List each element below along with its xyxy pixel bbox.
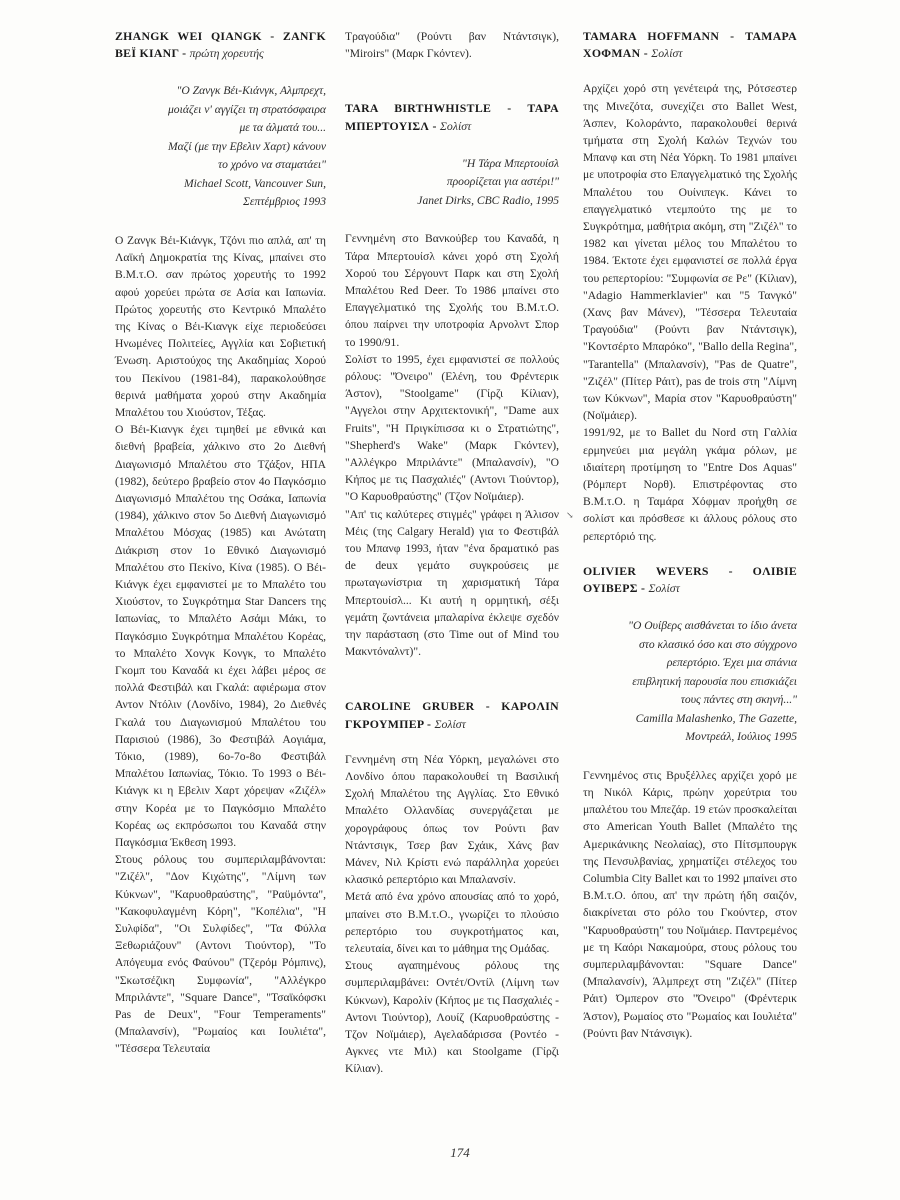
column-2: Τραγούδια" (Ρούντι βαν Ντάντσιγκ), "Miro… (345, 28, 559, 1078)
quote-line: "Η Τάρα Μπερτουίσλ (345, 155, 559, 174)
body-paragraph: Ο Βέι-Κιανγκ έχει τιμηθεί με εθνικά και … (115, 421, 326, 851)
quote-date: Μοντρεάλ, Ιούλιος 1995 (583, 728, 797, 747)
quote-line: το χρόνο να σταματάει" (115, 156, 326, 175)
body-paragraph: Ο Ζανγκ Βέι-Κιάνγκ, Τζόνι πιο απλά, απ' … (115, 232, 326, 421)
heading-name: TAMARA HOFFMANN - TAMAPA ΧΟΦΜΑΝ - (583, 29, 797, 60)
dancer-heading-gruber: CAROLINE GRUBER - KAPOΛIN ΓΚΡΟΥΜΠΕΡ - Σο… (345, 698, 559, 732)
column-1: ZHANGK WEI QIANGK - ZANΓK BEΪ KIANΓ - πρ… (115, 28, 326, 1058)
body-paragraph: Σολίστ το 1995, έχει εμφανιστεί σε πολλο… (345, 351, 559, 506)
continued-text: Τραγούδια" (Ρούντι βαν Ντάντσιγκ), "Miro… (345, 28, 559, 62)
quote-date: Σεπτέμβριος 1993 (115, 193, 326, 212)
body-paragraph: Στους ρόλους του συμπεριλαμβάνονται: "Ζι… (115, 851, 326, 1057)
body-paragraph: Αρχίζει χορό στη γενέτειρά της, Ρότσεστε… (583, 80, 797, 424)
quote-line: με τα άλματά του... (115, 119, 326, 138)
quote-line: "Ο Ουίβερς αισθάνεται το ίδιο άνετα (583, 617, 797, 636)
page-number: 174 (440, 1145, 480, 1161)
quote-line: προορίζεται για αστέρι!" (345, 173, 559, 192)
dancer-heading-wevers: OLIVIER WEVERS - OΛIBIE ΟΥΙΒΕΡΣ - Σολίστ (583, 563, 797, 597)
heading-role: Σολίστ (434, 717, 465, 731)
spacer (345, 733, 559, 751)
quote-line: επιβλητική παρουσία που επισκιάζει (583, 673, 797, 692)
press-quote: "Ο Ουίβερς αισθάνεται το ίδιο άνετα στο … (583, 617, 797, 747)
dancer-heading-birthwhistle: TARA BIRTHWHISTLE - TAPA ΜΠΕΡΤΟΥΙΣΛ - Σο… (345, 100, 559, 134)
document-page: ZHANGK WEI QIANGK - ZANΓK BEΪ KIANΓ - πρ… (0, 0, 900, 1200)
quote-line: τους πάντες στη σκηνή..." (583, 691, 797, 710)
quote-source: Michael Scott, Vancouver Sun, (115, 175, 326, 194)
dancer-heading-hoffmann: TAMARA HOFFMANN - TAMAPA ΧΟΦΜΑΝ - Σολίστ (583, 28, 797, 62)
quote-source: Camilla Malashenko, The Gazette, (583, 710, 797, 729)
quote-line: Μαζί (με την Εβελιν Χαρτ) κάνουν (115, 138, 326, 157)
quote-line: "Ο Ζανγκ Βέι-Κιάνγκ, Αλμπρεχτ, (115, 82, 326, 101)
quote-line: ρεπερτόριο. Έχει μια σπάνια (583, 654, 797, 673)
press-quote: "Η Τάρα Μπερτουίσλ προορίζεται για αστέρ… (345, 155, 559, 211)
body-paragraph: Γεννημένη στο Βανκούβερ του Καναδά, η Τά… (345, 230, 559, 350)
body-paragraph: Γεννημένος στις Βρυξέλλες αρχίζει χορό μ… (583, 767, 797, 1042)
column-3: TAMARA HOFFMANN - TAMAPA ΧΟΦΜΑΝ - Σολίστ… (583, 28, 797, 1042)
heading-role: πρώτη χορευτής (190, 46, 264, 60)
quote-line: μοιάζει ν' αγγίζει τη στρατόσφαιρα (115, 101, 326, 120)
spacer (345, 660, 559, 698)
heading-name: OLIVIER WEVERS - OΛIBIE ΟΥΙΒΕΡΣ - (583, 564, 797, 595)
body-paragraph: "Απ' τις καλύτερες στιγμές" γράφει η Άλι… (345, 506, 559, 661)
heading-role: Σολίστ (651, 46, 682, 60)
quote-line: στο κλασικό όσο και στο σύγχρονο (583, 636, 797, 655)
spacer (583, 62, 797, 80)
spacer (583, 545, 797, 563)
body-paragraph: Στους αγαπημένους ρόλους της συμπεριλαμβ… (345, 957, 559, 1077)
body-paragraph: Γεννημένη στη Νέα Υόρκη, μεγαλώνει στο Λ… (345, 751, 559, 889)
dancer-heading-zhangk: ZHANGK WEI QIANGK - ZANΓK BEΪ KIANΓ - πρ… (115, 28, 326, 62)
margin-mark: ↘ (566, 510, 574, 521)
body-paragraph: Μετά από ένα χρόνο απουσίας από το χορό,… (345, 888, 559, 957)
body-paragraph: 1991/92, με το Ballet du Nord στη Γαλλία… (583, 424, 797, 544)
press-quote: "Ο Ζανγκ Βέι-Κιάνγκ, Αλμπρεχτ, μοιάζει ν… (115, 82, 326, 212)
spacer (345, 62, 559, 100)
heading-role: Σολίστ (648, 581, 679, 595)
heading-role: Σολίστ (440, 119, 471, 133)
quote-source: Janet Dirks, CBC Radio, 1995 (345, 192, 559, 211)
